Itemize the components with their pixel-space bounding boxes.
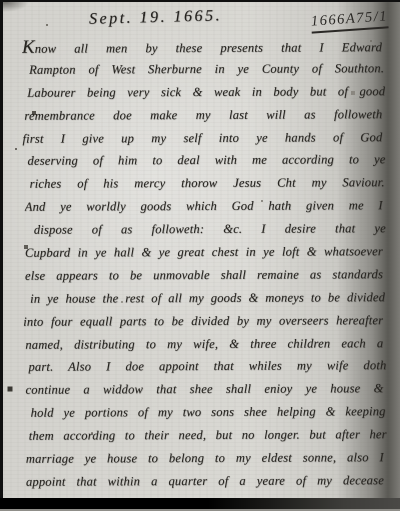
manuscript-line: into four equall parts to be divided by …: [23, 313, 383, 337]
paper-specks: [3, 2, 5, 4]
manuscript-line: deserving of him to deal with me accordi…: [28, 153, 386, 177]
date-heading: Sept. 19. 1665.: [89, 7, 222, 28]
scan-bottom-edge: [0, 498, 400, 511]
manuscript-line: riches of his mercy thorow Jesus Cht my …: [30, 176, 385, 200]
manuscript-line: Know all men by these presents that I Ed…: [22, 38, 382, 62]
manuscript-line: continue a widdow that shee shall enioy …: [26, 382, 384, 406]
manuscript-line: Rampton of West Sherburne in ye County o…: [29, 61, 384, 85]
manuscript-line: appoint that within a quarter of a yeare…: [26, 473, 384, 497]
manuscript-line: Cupbard in ye hall & ye great chest in y…: [25, 244, 383, 268]
manuscript-line: part. Also I doe appoint that whiles my …: [28, 359, 386, 383]
manuscript-line: them according to their need, but no lon…: [29, 427, 387, 451]
manuscript-scan: Sept. 19. 1665. 1666A75/1 Know all men b…: [0, 0, 400, 511]
manuscript-line: dispose of as followeth: &c. I desire th…: [34, 221, 386, 245]
manuscript-line: in ye house the rest of all my goods & m…: [30, 290, 385, 314]
manuscript-line: And ye worldly goods which God hath give…: [25, 198, 383, 222]
manuscript-line: named, distributing to my wife, & three …: [25, 336, 383, 360]
manuscript-line: first I give up my self into ye hands of…: [22, 130, 382, 154]
manuscript-line: else appears to be unmovable shall remai…: [25, 267, 383, 291]
paper-sheet: Sept. 19. 1665. 1666A75/1 Know all men b…: [3, 2, 400, 511]
manuscript-line: Labourer being very sick & weak in body …: [27, 84, 385, 108]
manuscript-body: Know all men by these presents that I Ed…: [24, 38, 384, 497]
manuscript-line: marriage ye house to belong to my eldest…: [26, 450, 384, 474]
manuscript-line: remembrance doe make my last will as fol…: [24, 107, 382, 131]
manuscript-line: hold ye portions of my two sons shee hel…: [31, 404, 386, 428]
reference-number: 1666A75/1: [310, 8, 388, 33]
